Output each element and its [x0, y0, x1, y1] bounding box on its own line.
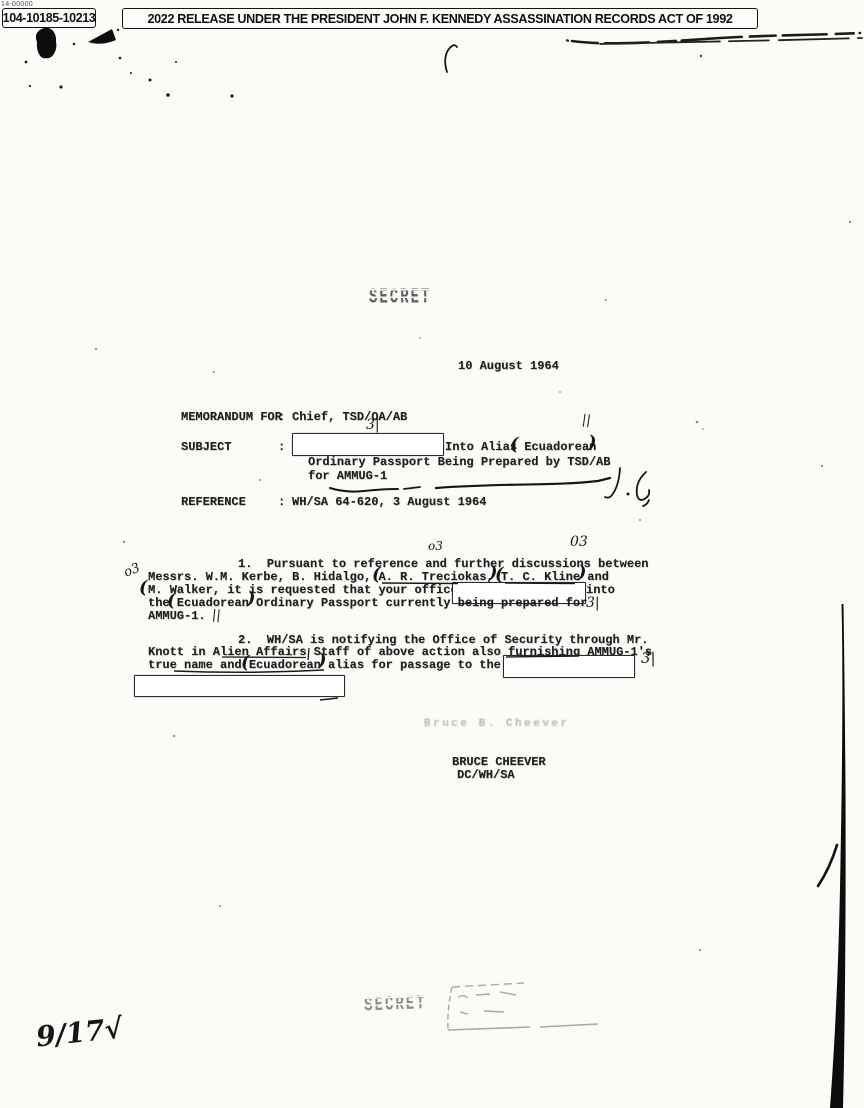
reference-colon: :	[278, 496, 285, 508]
hw-paren-open-para1-ecuadorean: (	[167, 593, 176, 609]
para1-line3: M. Walker, it is requested that your off…	[148, 584, 458, 596]
subject-value-line2: Ordinary Passport Being Prepared by TSD/…	[308, 456, 610, 468]
hw-mark-o3-further: o3	[428, 539, 443, 553]
hw-paren-open-kline: (	[495, 567, 504, 583]
memorandum-for-label: MEMORANDUM FOR	[181, 411, 282, 423]
subject-colon: :	[278, 441, 285, 453]
hw-squiggle-right-of-subject	[605, 468, 649, 506]
memorandum-for-value: Chief, TSD/OA/AB	[292, 411, 407, 423]
hw-mark-o3-discussions: 03	[570, 534, 588, 550]
hw-bottom-left-mark: 9/17√	[35, 1012, 125, 1054]
hw-mark-3bar-para2: 3|	[641, 649, 656, 667]
faint-scribble-box	[448, 983, 598, 1030]
record-number-box: 104-10185-10213	[2, 8, 96, 28]
right-edge-streak	[830, 604, 846, 1108]
strike-ammug-wavy	[330, 488, 398, 492]
ink-blob-large	[36, 28, 56, 59]
release-banner: 2022 RELEASE UNDER THE PRESIDENT JOHN F.…	[147, 12, 732, 26]
hw-mark-double-bar-para1: ||	[211, 608, 221, 624]
redaction-box-subject	[292, 433, 444, 456]
para1-line5: AMMUG-1.	[148, 610, 206, 622]
signer-name: BRUCE CHEEVER	[452, 756, 546, 768]
secret-stamp-bottom: SECRET	[364, 993, 427, 1018]
signer-title: DC/WH/SA	[457, 769, 515, 781]
record-number: 104-10185-10213	[3, 11, 96, 25]
faint-signature: Bruce B. Cheever	[424, 718, 570, 730]
secret-stamp-top: SECRET	[369, 286, 431, 310]
memo-date: 10 August 1964	[458, 360, 559, 372]
reference-value: WH/SA 64-620, 3 August 1964	[292, 496, 486, 508]
hw-paren-open-treciokas: (	[372, 567, 381, 583]
hw-mark-3bar-subject: 3|	[366, 417, 380, 433]
pen-line-top-right-2	[600, 38, 862, 44]
hw-paren-close-subject-ecuadorean: )	[588, 435, 597, 451]
tick-below-redaction	[320, 698, 338, 700]
hw-mark-double-bar-subject: ||	[581, 412, 592, 428]
pen-tick-top-right	[566, 40, 569, 41]
ink-blob-triangle	[88, 29, 116, 44]
hw-paren-open-subject-ecuadorean: (	[510, 437, 519, 453]
hw-paren-open-walker: (	[139, 580, 148, 596]
subject-value-line1: Into Alias Ecuadorean	[445, 441, 596, 453]
redaction-box-para2-line2	[134, 675, 345, 697]
hw-paren-open-para2-ecuadorean: (	[241, 655, 250, 671]
redaction-box-para2	[503, 655, 635, 678]
speck-top-right	[700, 55, 702, 57]
subject-label: SUBJECT	[181, 441, 231, 453]
reference-label: REFERENCE	[181, 496, 246, 508]
pen-mark-f	[445, 45, 457, 72]
scan-code: 14-00000	[1, 1, 33, 8]
strike-dash-small	[404, 487, 420, 489]
right-edge-streak-branch	[818, 845, 837, 886]
subject-value-line3: for AMMUG-1	[308, 470, 387, 482]
hw-mark-3bar-para1: 3|	[586, 595, 600, 611]
ink-annotations-overlay	[0, 0, 864, 1108]
pen-line-top-right-1	[572, 33, 860, 43]
hw-paren-close-para1-ecuadorean: )	[247, 591, 256, 607]
strike-long-dash	[436, 478, 610, 488]
memorandum-for-colon: :	[278, 411, 285, 423]
hw-paren-close-para2-ecuadorean: )	[318, 653, 327, 669]
release-banner-box: 2022 RELEASE UNDER THE PRESIDENT JOHN F.…	[122, 8, 758, 29]
ink-specks-topleft	[25, 29, 234, 98]
document-scan-page: 14-00000 104-10185-10213 2022 RELEASE UN…	[0, 0, 864, 1108]
hw-paren-close-kline: )	[578, 565, 587, 581]
